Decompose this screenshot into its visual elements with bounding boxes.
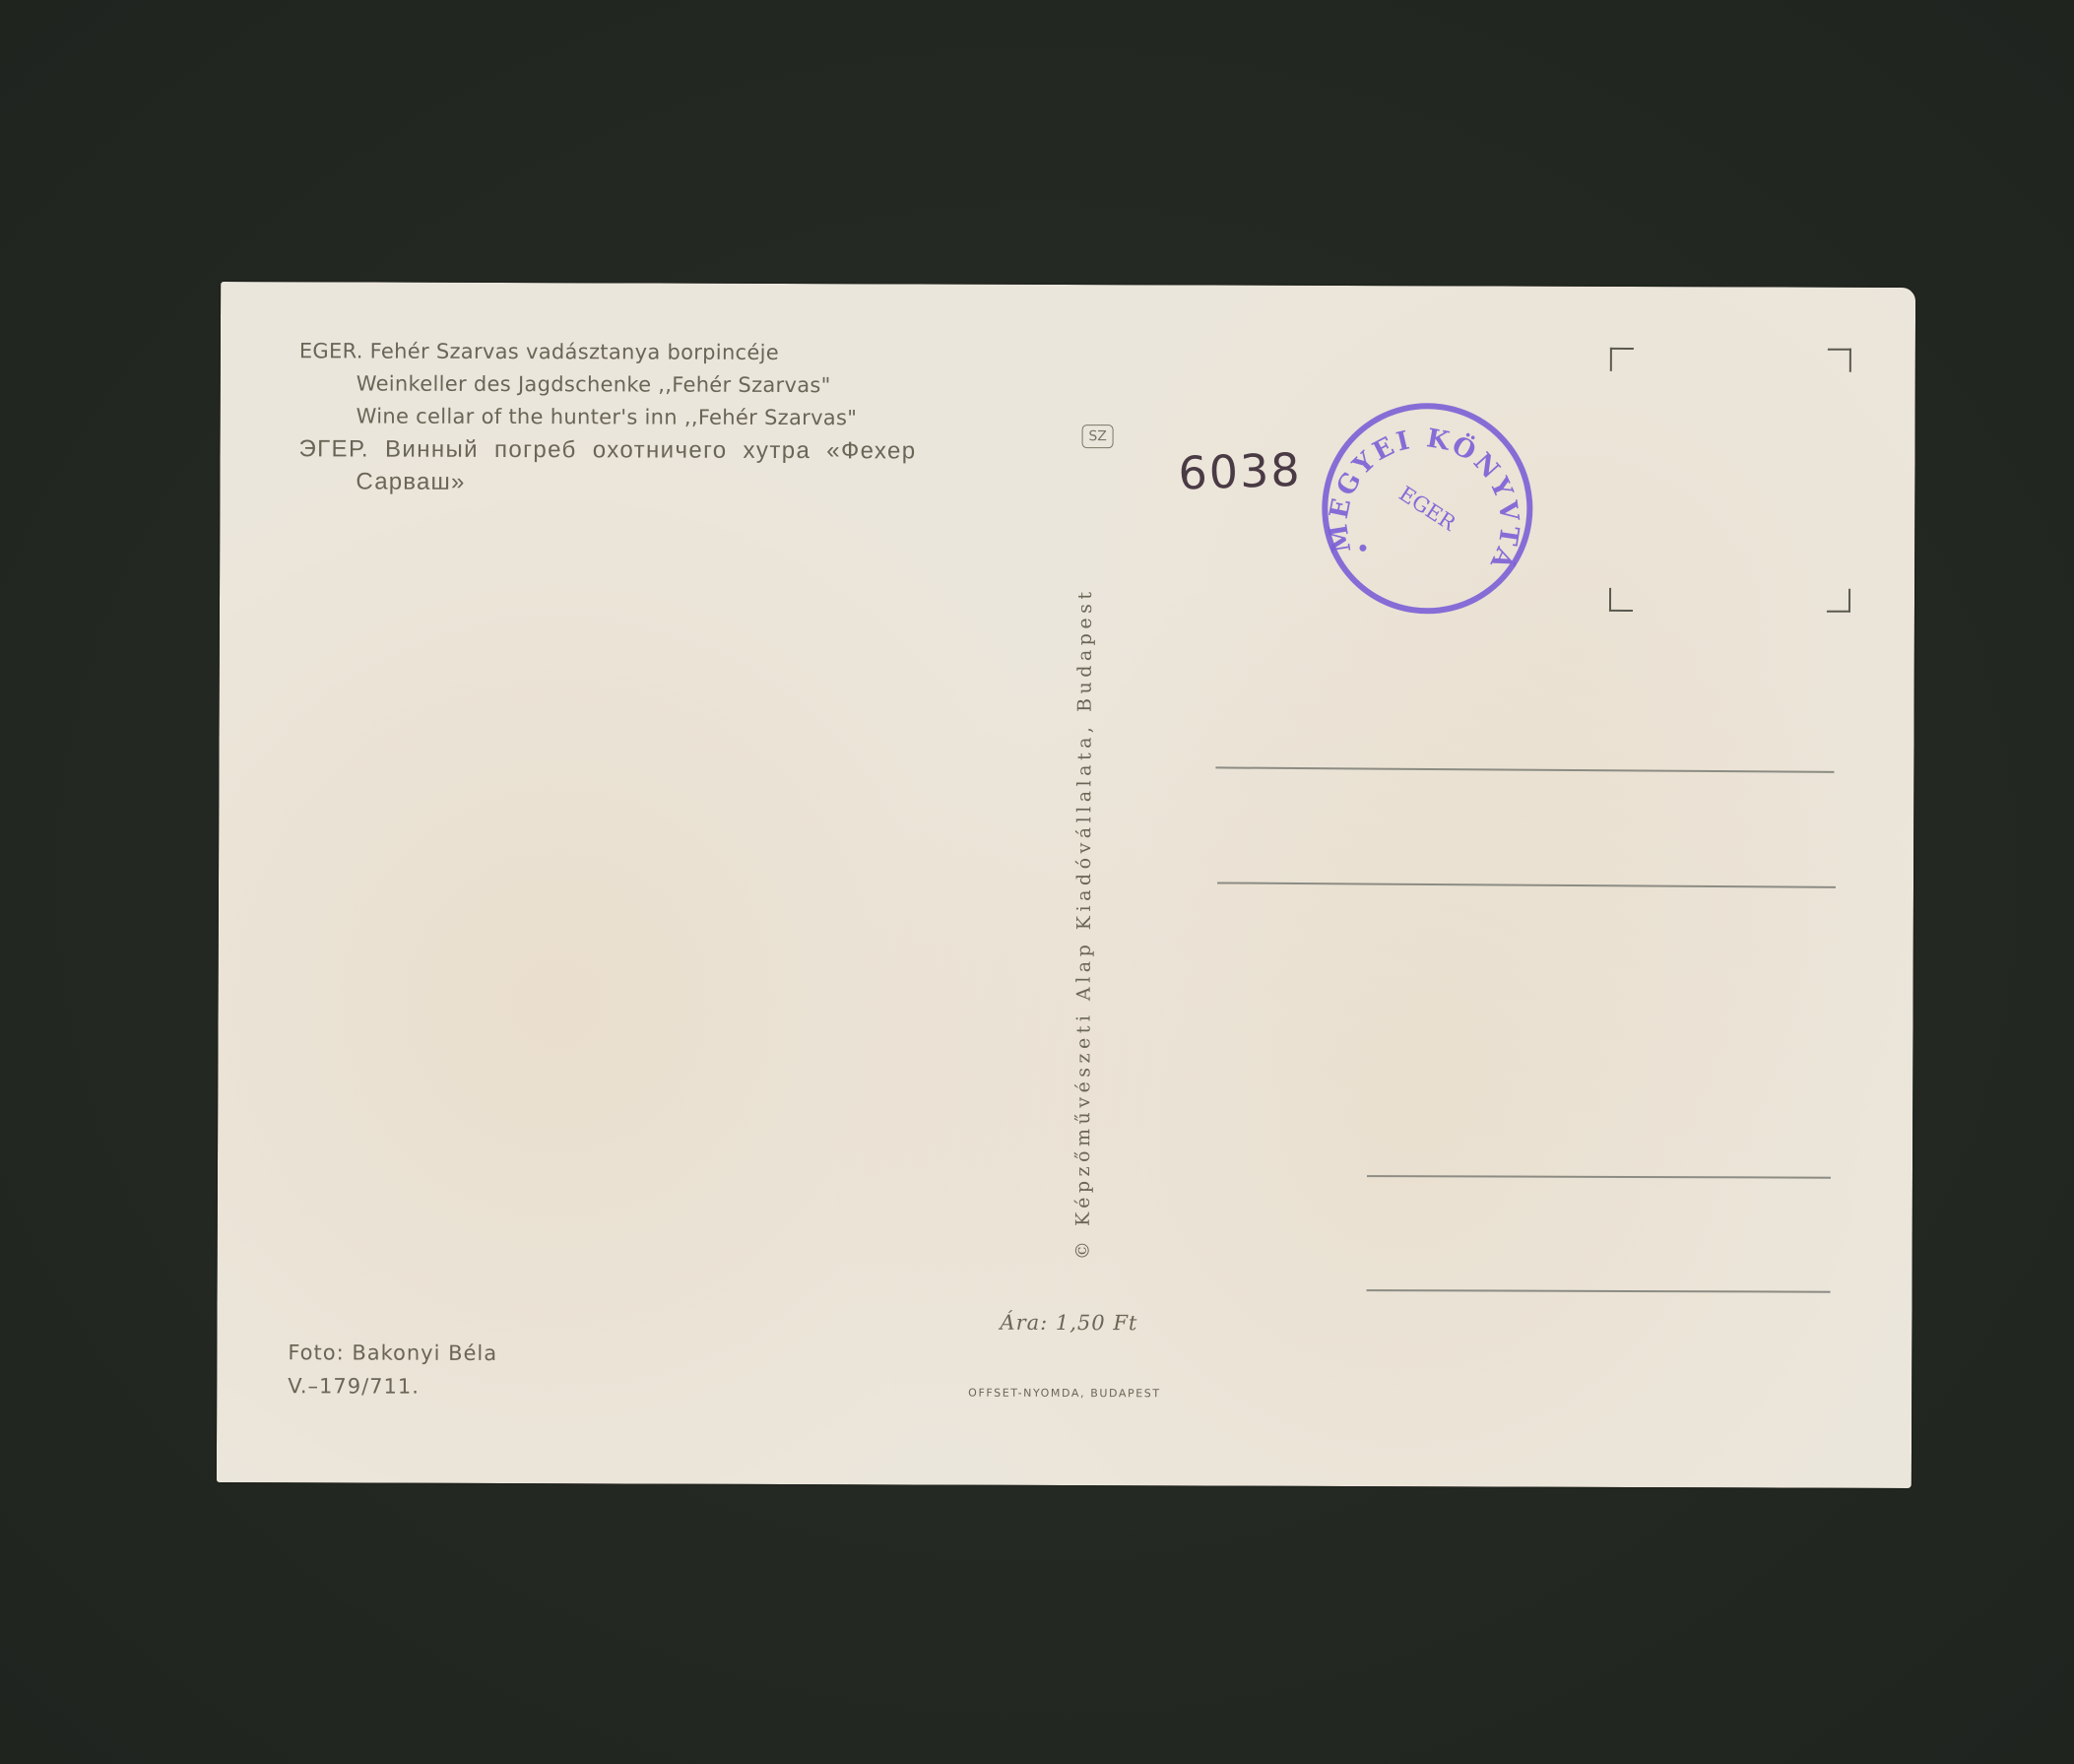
- stamp-box-corner-bottom-right: [1827, 589, 1850, 613]
- stamp-box-corner-top-left: [1610, 348, 1634, 371]
- address-line-1: [1215, 766, 1834, 772]
- catalog-number: V.–179/711.: [288, 1369, 497, 1404]
- publisher-logo: SZ: [1082, 425, 1114, 448]
- caption-block: EGER. Fehér Szarvas vadásztanya borpincé…: [298, 335, 917, 499]
- caption-russian-cont: Сарваш»: [298, 465, 916, 499]
- caption-hungarian: EGER. Fehér Szarvas vadásztanya borpincé…: [299, 335, 917, 369]
- library-stamp: MEGYEI KÖNYVTÁR EGER: [1318, 399, 1537, 619]
- stamp-center-text: EGER: [1394, 482, 1460, 536]
- postcard-back: EGER. Fehér Szarvas vadásztanya borpincé…: [217, 282, 1915, 1488]
- address-line-3: [1367, 1175, 1831, 1179]
- stamp-box-corner-bottom-left: [1609, 588, 1633, 612]
- caption-russian: ЭГЕР. Винный погреб охотничего хутра «Фе…: [298, 432, 916, 467]
- handwritten-number: 6038: [1178, 443, 1303, 500]
- credits-block: Foto: Bakonyi Béla V.–179/711.: [288, 1336, 497, 1404]
- caption-english: Wine cellar of the hunter's inn ,,Fehér …: [299, 400, 917, 434]
- price: Ára: 1,50 Ft: [1000, 1311, 1137, 1335]
- printer-credit: OFFSET-NYOMDA, BUDAPEST: [968, 1387, 1161, 1401]
- photo-credit: Foto: Bakonyi Béla: [288, 1336, 497, 1370]
- publisher-credit: © Képzőművészeti Alap Kiadóvállalata, Bu…: [1072, 587, 1096, 1260]
- svg-text:MEGYEI KÖNYVTÁR: MEGYEI KÖNYVTÁR: [1318, 399, 1537, 582]
- address-line-4: [1367, 1289, 1831, 1293]
- stamp-box-corner-top-right: [1828, 349, 1851, 372]
- caption-german: Weinkeller des Jagdschenke ,,Fehér Szarv…: [299, 367, 917, 402]
- stamp-outer-text: MEGYEI KÖNYVTÁR: [1318, 399, 1537, 582]
- address-line-2: [1217, 882, 1836, 887]
